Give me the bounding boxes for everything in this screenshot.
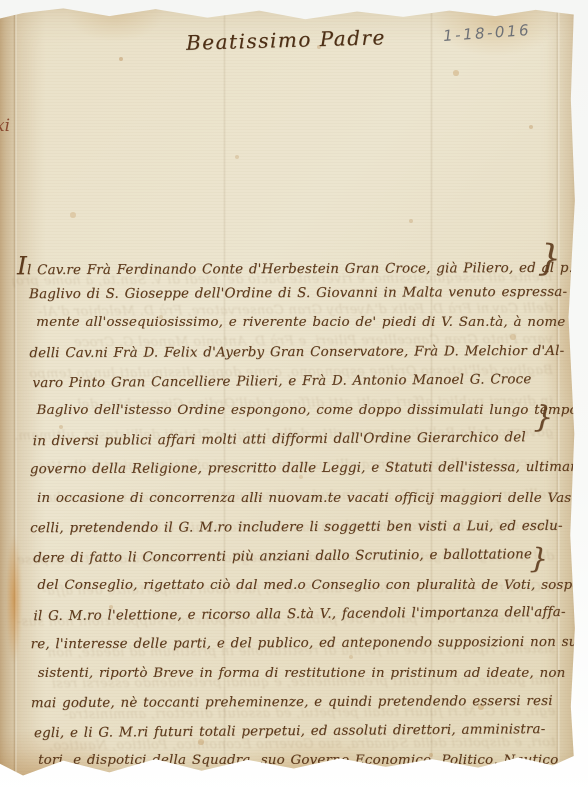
manuscript-line: in diversi publici affari molti atti dif… <box>33 423 571 456</box>
manuscript-line: sistenti, riportò Breve in forma di rest… <box>38 659 576 688</box>
manuscript-line: Baglivo di S. Gioseppe dell'Ordine di S.… <box>29 278 567 310</box>
ink-flourish: } <box>537 238 561 280</box>
manuscript-line: mente all'ossequiosissimo, e riverente b… <box>36 308 574 337</box>
manuscript-line: celli, pretendendo il G. M.ro includere … <box>30 512 568 544</box>
letter-salutation: Beatissimo Padre <box>186 25 386 55</box>
margin-mark: xi <box>0 116 10 136</box>
ink-stain <box>6 534 22 664</box>
manuscript-line: dere di fatto li Concorrenti più anziani… <box>33 540 571 573</box>
foxing-spots <box>0 6 2 8</box>
manuscript-line: del Conseglio, rigettato ciò dal med.o C… <box>37 571 575 600</box>
manuscript-line: Il Cav.re Frà Ferdinando Conte d'Herbest… <box>17 249 555 281</box>
manuscript-line: delli Cav.ni Frà D. Felix d'Ayerby Gran … <box>29 336 567 368</box>
manuscript-line: in occasione di concorrenza alli nuovam.… <box>37 483 575 512</box>
manuscript-line: varo Pinto Gran Cancelliere Pilieri, e F… <box>32 365 570 398</box>
manuscript-line: governo della Religione, prescritto dall… <box>30 453 568 485</box>
archival-number: 1-18-016 <box>442 21 531 45</box>
fold-crease-left <box>13 6 17 784</box>
ink-flourish: } <box>533 400 553 436</box>
manuscript-line: Baglivo dell'istesso Ordine espongono, c… <box>37 396 575 425</box>
letter-body: Il Cav.re Frà Ferdinando Conte d'Herbest… <box>29 249 569 777</box>
manuscript-line: il G. M.ro l'elettione, e ricorso alla S… <box>33 598 571 631</box>
manuscript-line: egli, e li G. M.ri futuri totali perpetu… <box>34 715 572 748</box>
manuscript-line: tori, e dispotici della Squadra, suo Gov… <box>38 746 576 775</box>
manuscript-line: mai godute, nè toccanti preheminenze, e … <box>31 687 569 719</box>
ink-flourish: } <box>529 542 548 576</box>
manuscript-page: mente all'ossequiosissimo, e riverente b… <box>0 6 576 784</box>
manuscript-line: re, l'interesse delle parti, e del publi… <box>31 628 569 660</box>
